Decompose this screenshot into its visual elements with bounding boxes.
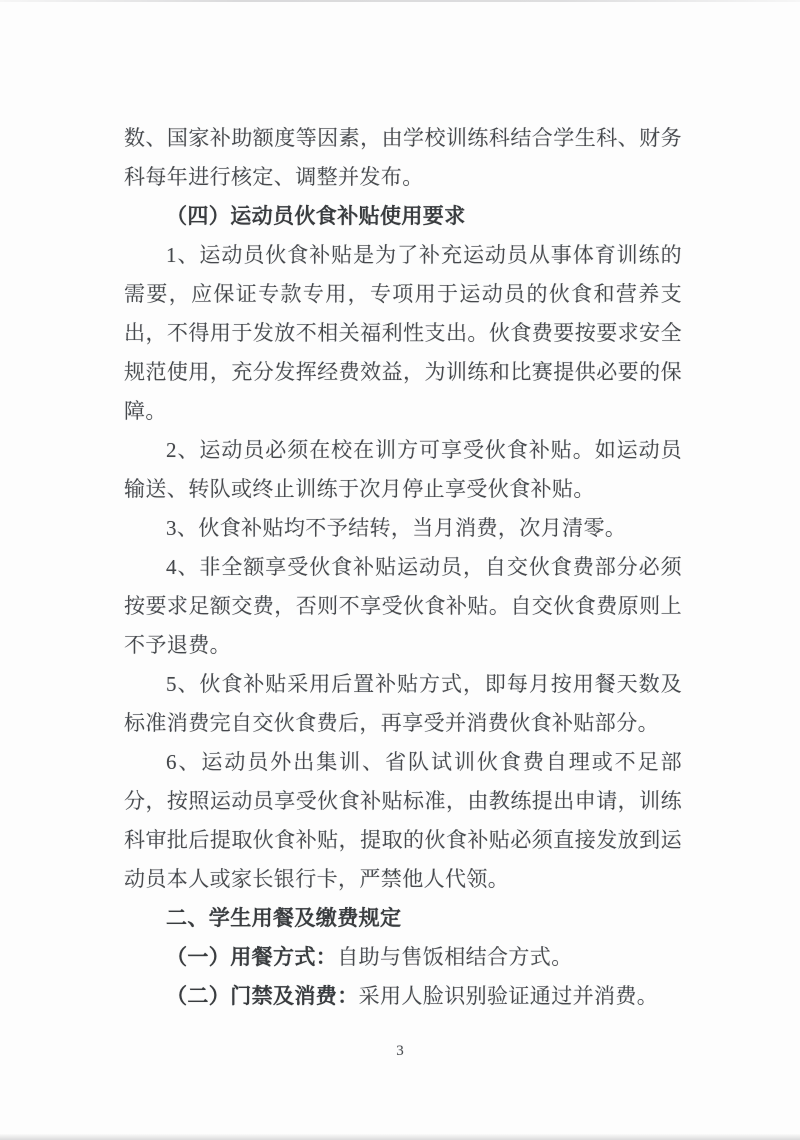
paragraph-continued: 数、国家补助额度等因素，由学校训练科结合学生科、财务科每年进行核定、调整并发布。: [124, 119, 682, 197]
sub-item-2: （二）门禁及消费：采用人脸识别验证通过并消费。: [124, 977, 682, 1016]
text-run: 4、非全额享受伙食补贴运动员，自交伙食费部分必须按要求足额交费，否则不享受伙食补…: [124, 555, 682, 657]
sub-item-1: （一）用餐方式：自助与售饭相结合方式。: [124, 938, 682, 977]
text-run: 3、伙食补贴均不予结转，当月消费，次月清零。: [166, 516, 626, 540]
text-run: 5、伙食补贴采用后置补贴方式，即每月按用餐天数及标准消费完自交伙食费后，再享受并…: [124, 672, 682, 735]
document-page: 数、国家补助额度等因素，由学校训练科结合学生科、财务科每年进行核定、调整并发布。…: [0, 0, 800, 1140]
item-3: 3、伙食补贴均不予结转，当月消费，次月清零。: [124, 509, 682, 548]
item-6: 6、运动员外出集训、省队试训伙食费自理或不足部分，按照运动员享受伙食补贴标准，由…: [124, 743, 682, 899]
page-top-scan-edge: [0, 0, 800, 2]
page-bottom-scan-edge: [0, 1134, 800, 1140]
text-run: （四）运动员伙食补贴使用要求: [166, 204, 466, 228]
item-4: 4、非全额享受伙食补贴运动员，自交伙食费部分必须按要求足额交费，否则不享受伙食补…: [124, 548, 682, 665]
page-number: 3: [0, 1042, 800, 1060]
text-run: 二、学生用餐及缴费规定: [166, 906, 401, 930]
item-2: 2、运动员必须在校在训方可享受伙食补贴。如运动员输送、转队或终止训练于次月停止享…: [124, 431, 682, 509]
document-body: 数、国家补助额度等因素，由学校训练科结合学生科、财务科每年进行核定、调整并发布。…: [124, 119, 682, 1016]
text-run: 2、运动员必须在校在训方可享受伙食补贴。如运动员输送、转队或终止训练于次月停止享…: [124, 438, 682, 501]
text-run: 6、运动员外出集训、省队试训伙食费自理或不足部分，按照运动员享受伙食补贴标准，由…: [124, 750, 682, 891]
heading-section-2: 二、学生用餐及缴费规定: [124, 899, 682, 938]
text-run: （二）门禁及消费：: [166, 984, 359, 1008]
text-run: （一）用餐方式：: [166, 945, 337, 969]
heading-section-4: （四）运动员伙食补贴使用要求: [124, 197, 682, 236]
item-1: 1、运动员伙食补贴是为了补充运动员从事体育训练的需要，应保证专款专用，专项用于运…: [124, 236, 682, 431]
text-run: 1、运动员伙食补贴是为了补充运动员从事体育训练的需要，应保证专款专用，专项用于运…: [124, 243, 682, 423]
text-run: 数、国家补助额度等因素，由学校训练科结合学生科、财务科每年进行核定、调整并发布。: [124, 126, 682, 189]
text-run: 采用人脸识别验证通过并消费。: [359, 984, 659, 1008]
item-5: 5、伙食补贴采用后置补贴方式，即每月按用餐天数及标准消费完自交伙食费后，再享受并…: [124, 665, 682, 743]
text-run: 自助与售饭相结合方式。: [337, 945, 572, 969]
